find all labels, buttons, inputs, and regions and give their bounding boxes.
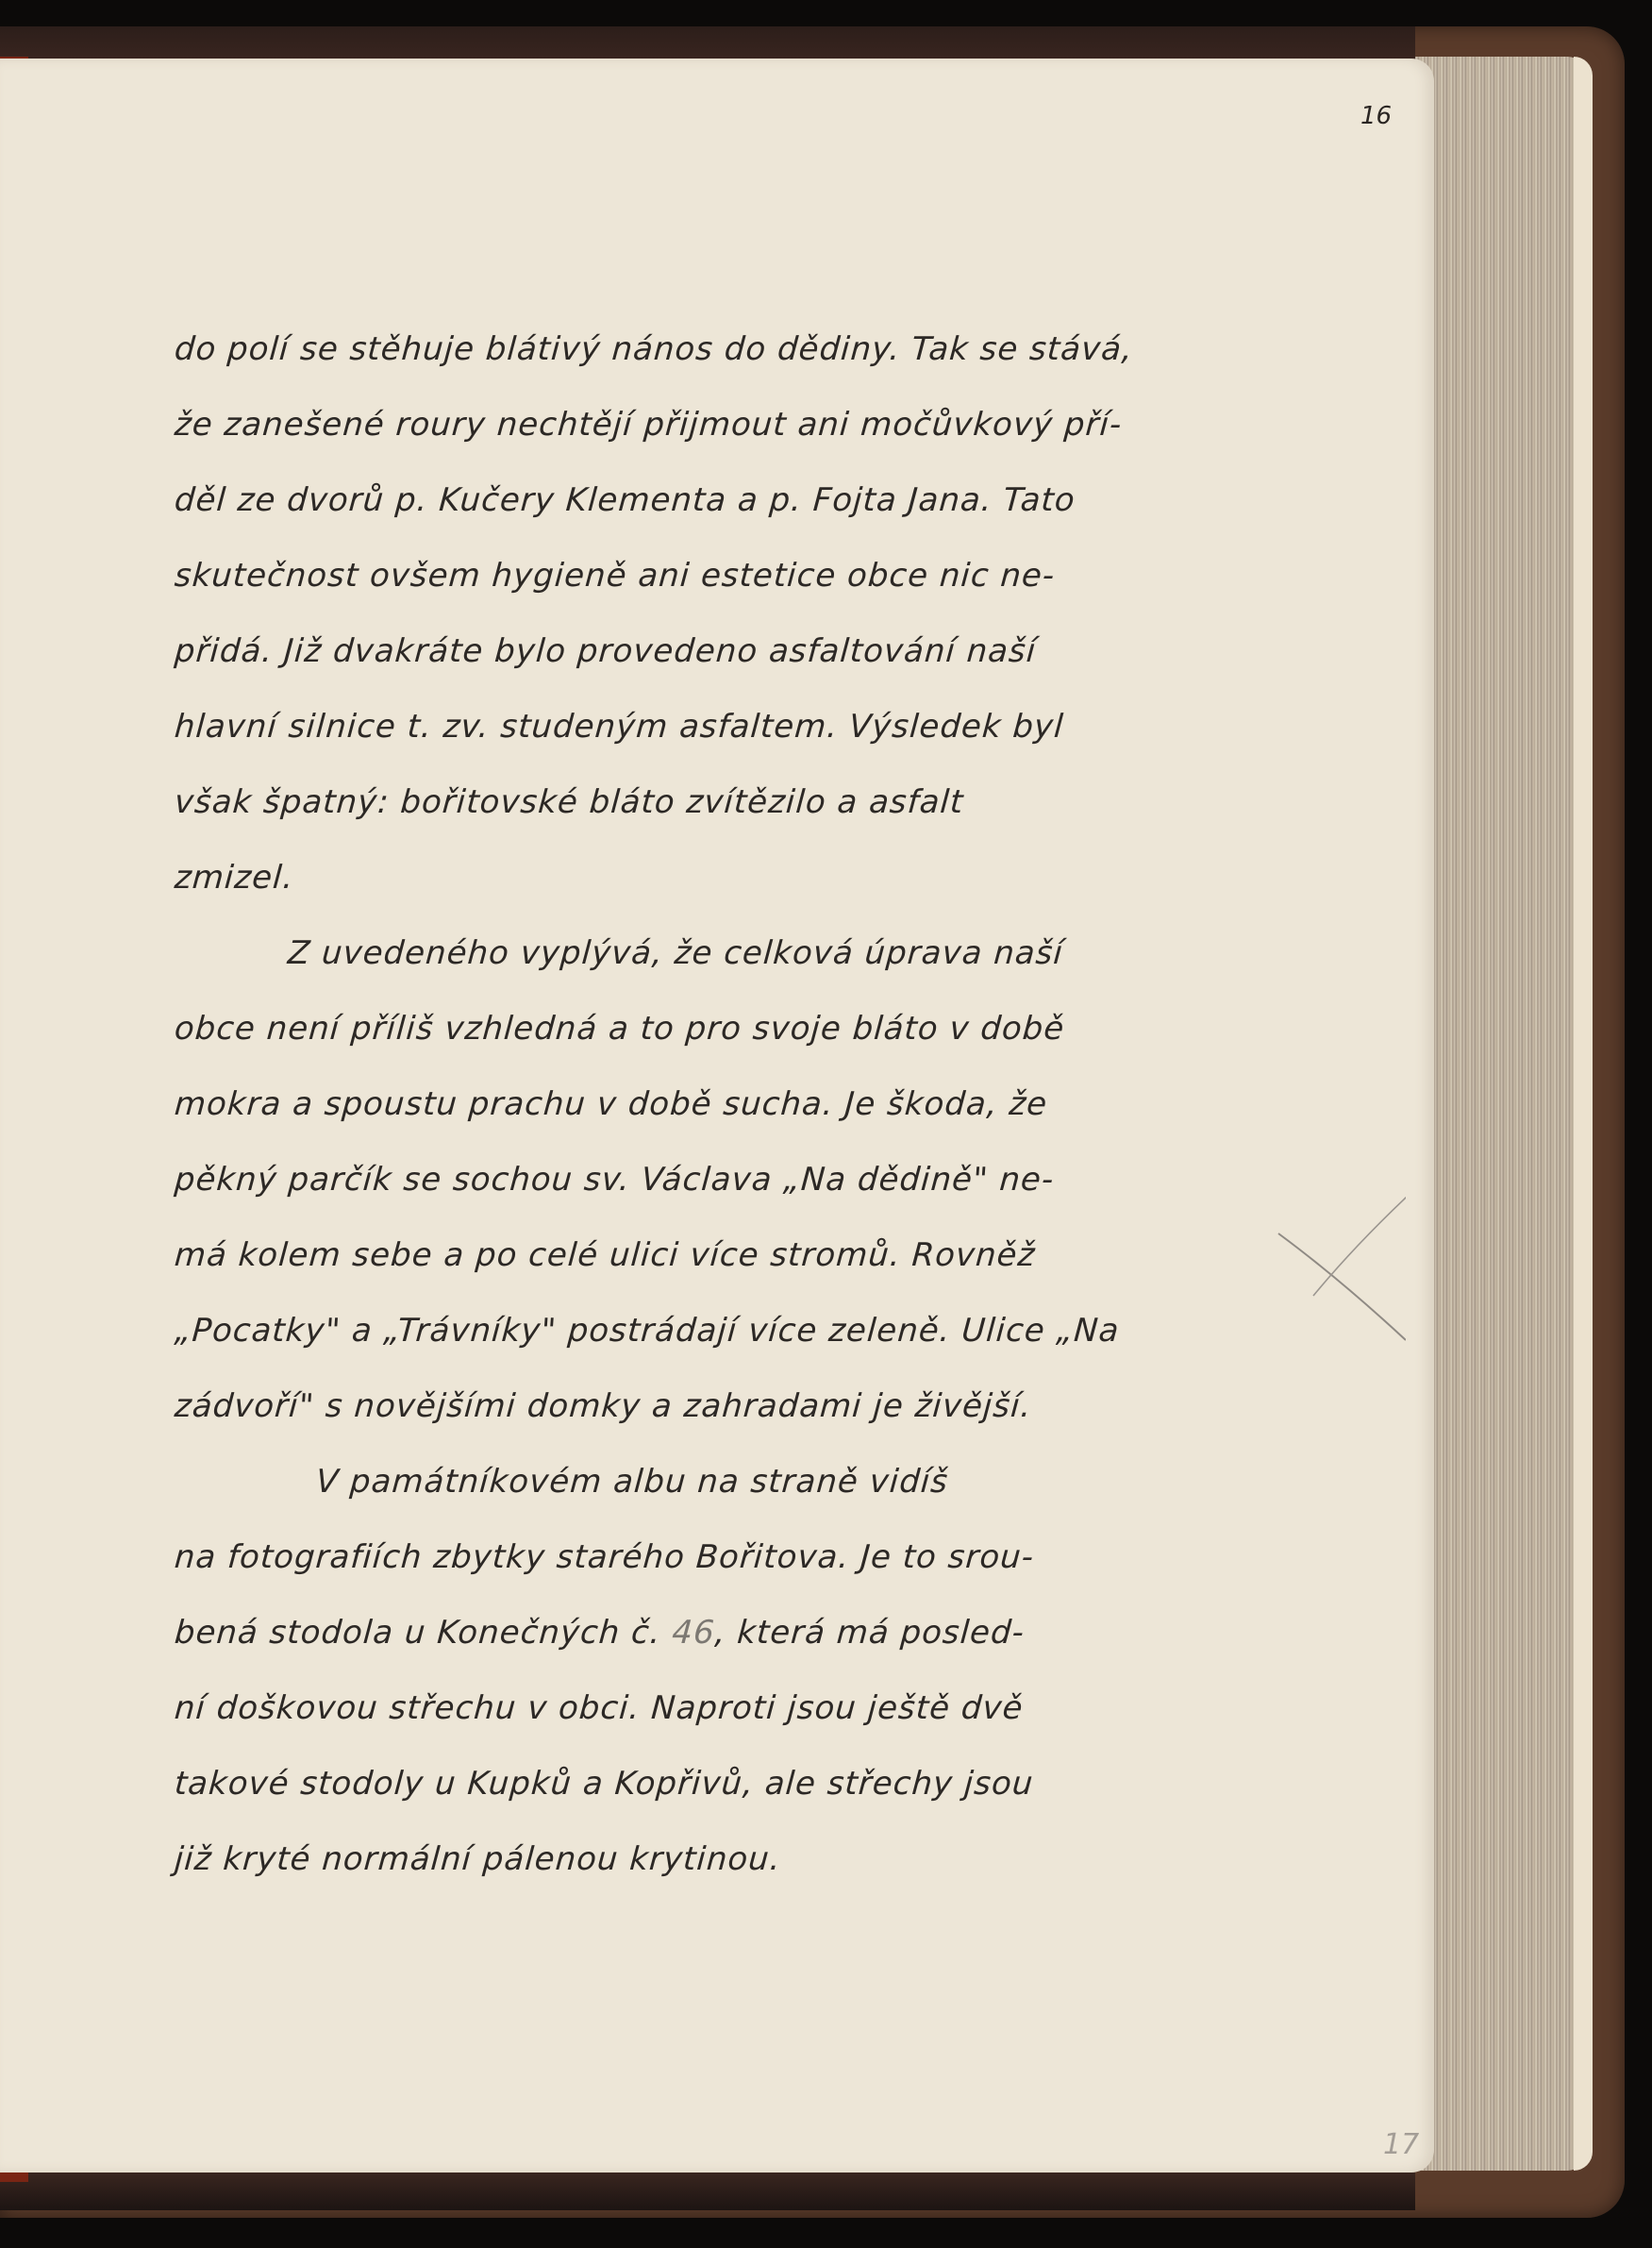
pencil-x-mark-icon: [1245, 1184, 1406, 1345]
house-number-pencil: 46: [671, 1614, 716, 1652]
text-line: „Pocatky" a „Trávníky" postrádají více z…: [172, 1293, 1177, 1368]
text-line: přidá. Již dvakráte bylo provedeno asfal…: [172, 613, 1177, 689]
text-line-with-pencil-number: bená stodola u Konečných č. 46, která má…: [172, 1595, 1177, 1670]
text-line: děl ze dvorů p. Kučery Klementa a p. Foj…: [172, 462, 1177, 538]
line-text: bená stodola u Konečných č.: [174, 1614, 674, 1652]
text-line: má kolem sebe a po celé ulici více strom…: [172, 1217, 1177, 1293]
cover-corner-bottom: [0, 2173, 28, 2182]
text-line: ní doškovou střechu v obci. Naproti jsou…: [172, 1670, 1177, 1746]
text-line: však špatný: bořitovské bláto zvítězilo …: [172, 764, 1177, 840]
text-line: do polí se stěhuje blátivý nános do dědi…: [172, 311, 1177, 387]
paragraph-2: Z uvedeného vyplývá, že celková úprava n…: [175, 915, 1175, 1444]
text-line: zádvoří" s novějšími domky a zahradami j…: [172, 1368, 1177, 1444]
page-edges: [1415, 57, 1593, 2171]
text-line: hlavní silnice t. zv. studeným asfaltem.…: [172, 689, 1177, 764]
book-scan: 16 17 do polí se stěhuje blátivý nános d…: [0, 0, 1652, 2248]
text-line: V památníkovém albu na straně vidíš: [172, 1444, 1177, 1519]
line-text-rest: , která má posled-: [713, 1614, 1026, 1652]
text-line: obce není příliš vzhledná a to pro svoje…: [172, 991, 1177, 1066]
text-line: že zanešené roury nechtějí přijmout ani …: [172, 387, 1177, 462]
page-number-ink: 16: [1360, 102, 1392, 130]
text-line: pěkný parčík se sochou sv. Václava „Na d…: [172, 1142, 1177, 1217]
text-line: mokra a spoustu prachu v době sucha. Je …: [172, 1066, 1177, 1142]
text-line: Z uvedeného vyplývá, že celková úprava n…: [172, 915, 1177, 991]
text-line: takové stodoly u Kupků a Kopřivů, ale st…: [172, 1746, 1177, 1821]
cover-bottom-edge: [0, 2173, 1415, 2210]
text-line: na fotografiích zbytky starého Bořitova.…: [172, 1519, 1177, 1595]
text-line: skutečnost ovšem hygieně ani estetice ob…: [172, 538, 1177, 613]
handwritten-text: do polí se stěhuje blátivý nános do dědi…: [175, 311, 1175, 1897]
page-number-pencil: 17: [1383, 2128, 1419, 2161]
paragraph-3: V památníkovém albu na straně vidíš na f…: [175, 1444, 1175, 1897]
text-line: zmizel.: [172, 840, 1177, 915]
paragraph-1: do polí se stěhuje blátivý nános do dědi…: [175, 311, 1175, 915]
text-line: již kryté normální pálenou krytinou.: [172, 1821, 1177, 1897]
